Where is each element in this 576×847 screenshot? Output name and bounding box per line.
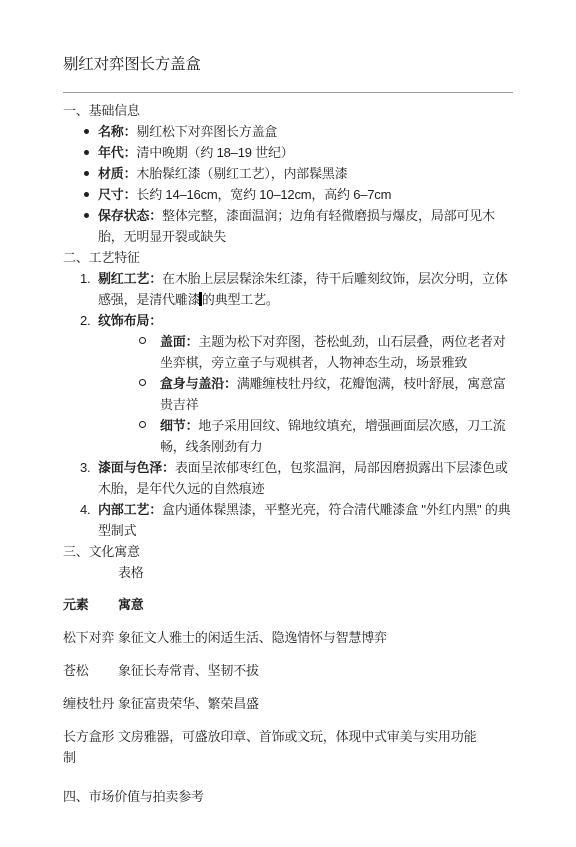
item-value: 的典型工艺。 <box>202 292 279 307</box>
table-header-meaning: 寓意 <box>118 588 513 621</box>
hollow-bullet-icon <box>139 331 160 352</box>
item-label: 盒身与盖沿： <box>160 376 237 391</box>
title-divider <box>63 92 513 93</box>
item-number: 1. <box>80 268 98 289</box>
item-label: 纹饰布局： <box>98 313 162 328</box>
section-basic-heading: 一、基础信息 <box>63 100 513 121</box>
list-item-material: 材质：木胎髹红漆（剔红工艺），内部髹黑漆 <box>63 163 513 184</box>
table-cell-element: 缠枝牡丹 <box>63 687 118 720</box>
table-cell-element: 长方盒形制 <box>63 720 118 774</box>
list-item-text: 尺寸：长约 14–16cm，宽约 10–12cm，高约 6–7cm <box>98 184 513 205</box>
table-caption: 表格 <box>118 562 513 583</box>
list-item-text: 材质：木胎髹红漆（剔红工艺），内部髹黑漆 <box>98 163 513 184</box>
sub-item-lid: 盖面：主题为松下对弈图，苍松虬劲，山石层叠，两位老者对坐弈棋，旁立童子与观棋者，… <box>63 331 513 373</box>
document-title: 剔红对弈图长方盖盒 <box>63 54 513 75</box>
meanings-table: 元素 寓意 松下对弈 象征文人雅士的闲适生活、隐逸情怀与智慧博弈 苍松 象征长寿… <box>63 588 513 774</box>
bullet-icon <box>84 163 98 184</box>
table-header-element: 元素 <box>63 588 118 621</box>
sub-item-detail: 细节：地子采用回纹、锦地纹填充，增强画面层次感，刀工流畅，线条刚劲有力 <box>63 415 513 457</box>
item-label: 保存状态： <box>98 208 162 223</box>
item-label: 尺寸： <box>98 187 136 202</box>
item-label: 名称： <box>98 124 136 139</box>
list-item-condition: 保存状态：整体完整，漆面温润；边角有轻微磨损与爆皮，局部可见木胎，无明显开裂或缺… <box>63 205 513 247</box>
numbered-item-text: 内部工艺：盒内通体髹黑漆，平整光亮，符合清代雕漆盒 "外红内黑" 的典型制式 <box>98 499 513 541</box>
item-label: 内部工艺： <box>98 502 162 517</box>
bullet-icon <box>84 205 98 226</box>
list-item-text: 年代：清中晚期（约 18–19 世纪） <box>98 142 513 163</box>
bullet-icon <box>84 184 98 205</box>
item-label: 细节： <box>160 418 198 433</box>
hollow-bullet-icon <box>139 373 160 394</box>
section-market-heading: 四、市场价值与拍卖参考 <box>63 786 513 807</box>
sub-item-text: 盒身与盖沿：满雕缠枝牡丹纹，花瓣饱满，枝叶舒展，寓意富贵吉祥 <box>160 373 513 415</box>
list-item-text: 名称：剔红松下对弈图长方盖盒 <box>98 121 513 142</box>
table-cell-meaning: 文房雅器，可盛放印章、首饰或文玩，体现中式审美与实用功能 <box>118 720 513 774</box>
sub-item-text: 细节：地子采用回纹、锦地纹填充，增强画面层次感，刀工流畅，线条刚劲有力 <box>160 415 513 457</box>
numbered-item-pattern-layout: 2. 纹饰布局： <box>63 310 513 331</box>
table-cell-meaning: 象征文人雅士的闲适生活、隐逸情怀与智慧博弈 <box>118 621 513 654</box>
item-label: 漆面与色泽： <box>98 460 175 475</box>
numbered-item-text: 纹饰布局： <box>98 310 513 331</box>
numbered-item-carving: 1. 剔红工艺：在木胎上层层髹涂朱红漆，待干后雕刻纹饰，层次分明，立体感强，是清… <box>63 268 513 310</box>
table-cell-meaning: 象征富贵荣华、繁荣昌盛 <box>118 687 513 720</box>
item-value: 主题为松下对弈图，苍松虬劲，山石层叠，两位老者对坐弈棋，旁立童子与观棋者，人物神… <box>160 334 506 370</box>
item-number: 4. <box>80 499 98 520</box>
numbered-item-interior: 4. 内部工艺：盒内通体髹黑漆，平整光亮，符合清代雕漆盒 "外红内黑" 的典型制… <box>63 499 513 541</box>
item-value: 木胎髹红漆（剔红工艺），内部髹黑漆 <box>136 166 347 181</box>
hollow-bullet-icon <box>139 415 160 436</box>
numbered-item-text: 漆面与色泽：表面呈浓郁枣红色，包浆温润，局部因磨损露出下层漆色或木胎，是年代久远… <box>98 457 513 499</box>
table-cell-element: 松下对弈 <box>63 621 118 654</box>
item-value: 长约 14–16cm，宽约 10–12cm，高约 6–7cm <box>136 187 391 202</box>
bullet-icon <box>84 142 98 163</box>
item-value: 地子采用回纹、锦地纹填充，增强画面层次感，刀工流畅，线条刚劲有力 <box>160 418 506 454</box>
section-culture-heading: 三、文化寓意 <box>63 541 513 562</box>
list-item-text: 保存状态：整体完整，漆面温润；边角有轻微磨损与爆皮，局部可见木胎，无明显开裂或缺… <box>98 205 513 247</box>
table-cell-meaning: 象征长寿常青、坚韧不拔 <box>118 654 513 687</box>
item-label: 材质： <box>98 166 136 181</box>
list-item-era: 年代：清中晚期（约 18–19 世纪） <box>63 142 513 163</box>
numbered-item-text: 剔红工艺：在木胎上层层髹涂朱红漆，待干后雕刻纹饰，层次分明，立体感强，是清代雕漆… <box>98 268 513 310</box>
item-value: 剔红松下对弈图长方盖盒 <box>136 124 277 139</box>
sub-item-body: 盒身与盖沿：满雕缠枝牡丹纹，花瓣饱满，枝叶舒展，寓意富贵吉祥 <box>63 373 513 415</box>
item-number: 2. <box>80 310 98 331</box>
document-page[interactable]: 剔红对弈图长方盖盒 一、基础信息 名称：剔红松下对弈图长方盖盒 年代：清中晚期（… <box>0 0 576 847</box>
numbered-item-surface: 3. 漆面与色泽：表面呈浓郁枣红色，包浆温润，局部因磨损露出下层漆色或木胎，是年… <box>63 457 513 499</box>
item-number: 3. <box>80 457 98 478</box>
table-cell-element: 苍松 <box>63 654 118 687</box>
item-label: 年代： <box>98 145 136 160</box>
list-item-size: 尺寸：长约 14–16cm，宽约 10–12cm，高约 6–7cm <box>63 184 513 205</box>
item-label: 盖面： <box>160 334 198 349</box>
list-item-name: 名称：剔红松下对弈图长方盖盒 <box>63 121 513 142</box>
sub-item-text: 盖面：主题为松下对弈图，苍松虬劲，山石层叠，两位老者对坐弈棋，旁立童子与观棋者，… <box>160 331 513 373</box>
bullet-icon <box>84 121 98 142</box>
item-label: 剔红工艺： <box>98 271 162 286</box>
item-value: 清中晚期（约 18–19 世纪） <box>136 145 293 160</box>
section-craft-heading: 二、工艺特征 <box>63 247 513 268</box>
